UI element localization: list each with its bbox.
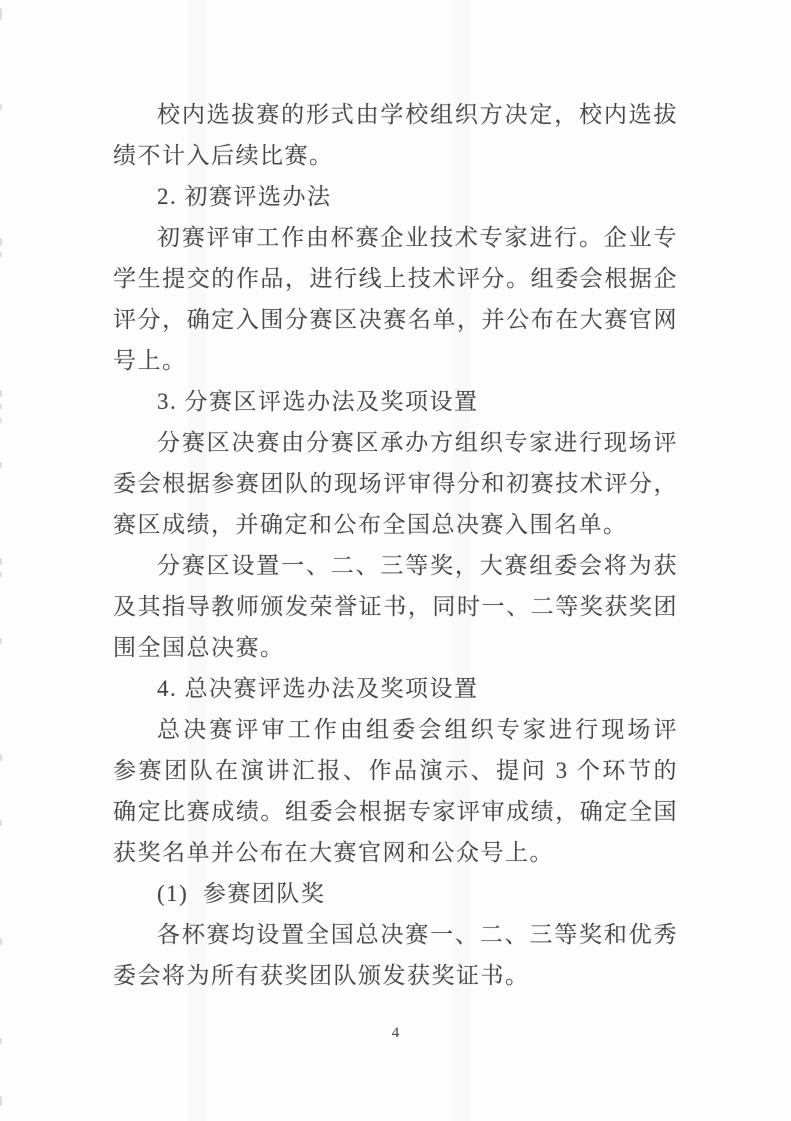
text-line: 参赛团队在演讲汇报、作品演示、提问 3 个环节的综合表现	[113, 750, 678, 791]
text-line: 分赛区设置一、二、三等奖，大赛组委会将为获奖团队	[113, 545, 678, 586]
heading-line: 4. 总决赛评选办法及奖项设置	[113, 668, 678, 709]
heading-line: 2. 初赛评选办法	[113, 176, 678, 217]
scan-artifact	[0, 1096, 2, 1106]
scan-artifact	[0, 252, 2, 257]
text-line: 委会根据参赛团队的现场评审得分和初赛技术评分，得出分	[113, 463, 678, 504]
scanned-document-page: 校内选拔赛的形式由学校组织方决定，校内选拔赛的成绩不计入后续比赛。2. 初赛评选…	[0, 0, 791, 1121]
text-line: 围全国总决赛。	[113, 627, 678, 668]
scan-artifact	[0, 418, 2, 423]
scan-artifact	[0, 462, 2, 468]
scan-artifact	[0, 390, 2, 397]
heading-line: (1) 参赛团队奖	[113, 873, 678, 914]
text-line: 校内选拔赛的形式由学校组织方决定，校内选拔赛的成	[113, 94, 678, 135]
scan-artifact	[0, 404, 2, 409]
scan-artifact	[0, 104, 2, 110]
scan-artifact	[0, 938, 2, 945]
text-line: 评分，确定入围分赛区决赛名单，并公布在大赛官网和公众	[113, 299, 678, 340]
text-line: 总决赛评审工作由组委会组织专家进行现场评审，根据	[113, 709, 678, 750]
scan-artifact	[0, 558, 2, 565]
text-line: 绩不计入后续比赛。	[113, 135, 678, 176]
scan-artifact	[0, 238, 2, 246]
page-number: 4	[0, 1022, 791, 1044]
text-line: 初赛评审工作由杯赛企业技术专家进行。企业专家根据	[113, 217, 678, 258]
scan-artifact	[0, 8, 2, 20]
text-line: 确定比赛成绩。组委会根据专家评审成绩，确定全国总决赛	[113, 791, 678, 832]
text-line: 学生提交的作品，进行线上技术评分。组委会根据企业技术	[113, 258, 678, 299]
scan-artifact	[0, 754, 2, 761]
heading-line: 3. 分赛区评选办法及奖项设置	[113, 381, 678, 422]
scan-artifact	[0, 1038, 2, 1044]
text-line: 分赛区决赛由分赛区承办方组织专家进行现场评审。组	[113, 422, 678, 463]
text-line: 委会将为所有获奖团队颁发获奖证书。	[113, 955, 678, 996]
text-line: 及其指导教师颁发荣誉证书，同时一、二等奖获奖团队可入	[113, 586, 678, 627]
text-line: 获奖名单并公布在大赛官网和公众号上。	[113, 832, 678, 873]
scan-artifact	[0, 638, 2, 644]
text-line: 赛区成绩，并确定和公布全国总决赛入围名单。	[113, 504, 678, 545]
text-line: 号上。	[113, 340, 678, 381]
scan-artifact	[0, 820, 2, 826]
scan-artifact	[0, 572, 2, 577]
document-text: 校内选拔赛的形式由学校组织方决定，校内选拔赛的成绩不计入后续比赛。2. 初赛评选…	[113, 94, 678, 996]
text-line: 各杯赛均设置全国总决赛一、二、三等奖和优秀奖，组	[113, 914, 678, 955]
